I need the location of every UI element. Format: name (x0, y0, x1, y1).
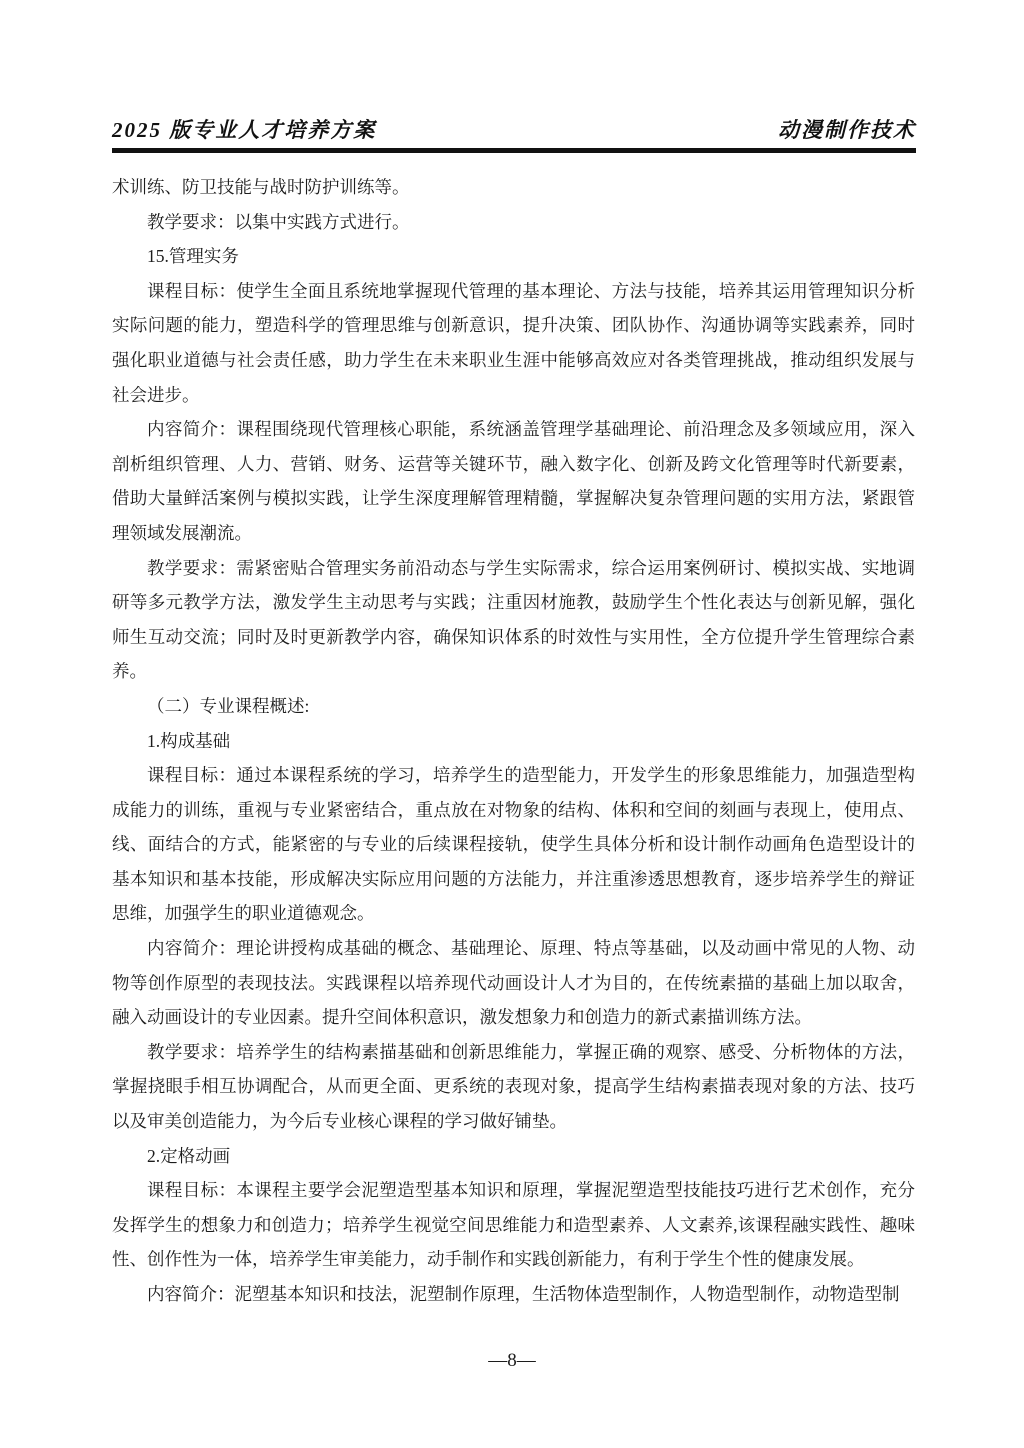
page-number: —8— (488, 1350, 536, 1371)
paragraph-continuation: 术训练、防卫技能与战时防护训练等。 (112, 170, 915, 205)
paragraph-course-15-title: 15.管理实务 (112, 239, 915, 274)
page-header: 2025 版专业人才培养方案 动漫制作技术 (112, 114, 916, 144)
paragraph-course-goal: 课程目标：本课程主要学会泥塑造型基本知识和原理，掌握泥塑造型技能技巧进行艺术创作… (112, 1173, 915, 1277)
page-footer: —8— (0, 1350, 1024, 1372)
paragraph-course-goal: 课程目标：使学生全面且系统地掌握现代管理的基本理论、方法与技能，培养其运用管理知… (112, 274, 915, 412)
document-body: 术训练、防卫技能与战时防护训练等。 教学要求：以集中实践方式进行。 15.管理实… (112, 170, 915, 1312)
paragraph-course-goal: 课程目标：通过本课程系统的学习，培养学生的造型能力，开发学生的形象思维能力，加强… (112, 758, 915, 931)
paragraph-section-heading: （二）专业课程概述: (112, 689, 915, 724)
paragraph-teaching-requirement: 教学要求：培养学生的结构素描基础和创新思维能力，掌握正确的观察、感受、分析物体的… (112, 1035, 915, 1139)
paragraph-teaching-requirement: 教学要求：需紧密贴合管理实务前沿动态与学生实际需求，综合运用案例研讨、模拟实战、… (112, 551, 915, 689)
paragraph-course-intro: 内容简介：泥塑基本知识和技法，泥塑制作原理，生活物体造型制作，人物造型制作，动物… (112, 1277, 915, 1312)
header-right-title: 动漫制作技术 (778, 114, 916, 144)
document-page: 2025 版专业人才培养方案 动漫制作技术 术训练、防卫技能与战时防护训练等。 … (0, 0, 1024, 1448)
paragraph-course-1-title: 1.构成基础 (112, 724, 915, 759)
header-left-title: 2025 版专业人才培养方案 (112, 114, 376, 144)
header-rule (112, 148, 916, 153)
paragraph-course-intro: 内容简介：理论讲授构成基础的概念、基础理论、原理、特点等基础，以及动画中常见的人… (112, 931, 915, 1035)
paragraph-course-intro: 内容简介：课程围绕现代管理核心职能，系统涵盖管理学基础理论、前沿理念及多领域应用… (112, 412, 915, 550)
paragraph-teaching-requirement: 教学要求：以集中实践方式进行。 (112, 205, 915, 240)
paragraph-course-2-title: 2.定格动画 (112, 1139, 915, 1174)
